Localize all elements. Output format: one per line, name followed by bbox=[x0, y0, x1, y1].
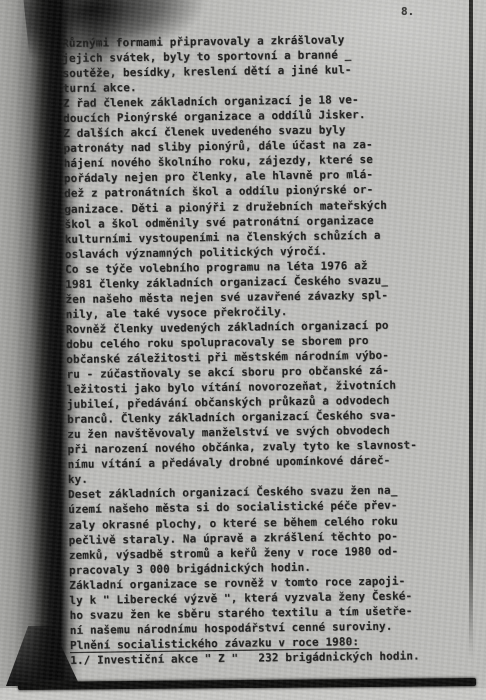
scanned-document-page: 8. Různými formami připravovaly a zkrášl… bbox=[0, 0, 486, 700]
page-right-edge-line bbox=[469, 0, 473, 660]
typewritten-text-block: Různými formami připravovaly a zkrášlova… bbox=[62, 31, 450, 668]
scanner-background bbox=[0, 688, 486, 700]
page-number: 8. bbox=[401, 5, 414, 18]
